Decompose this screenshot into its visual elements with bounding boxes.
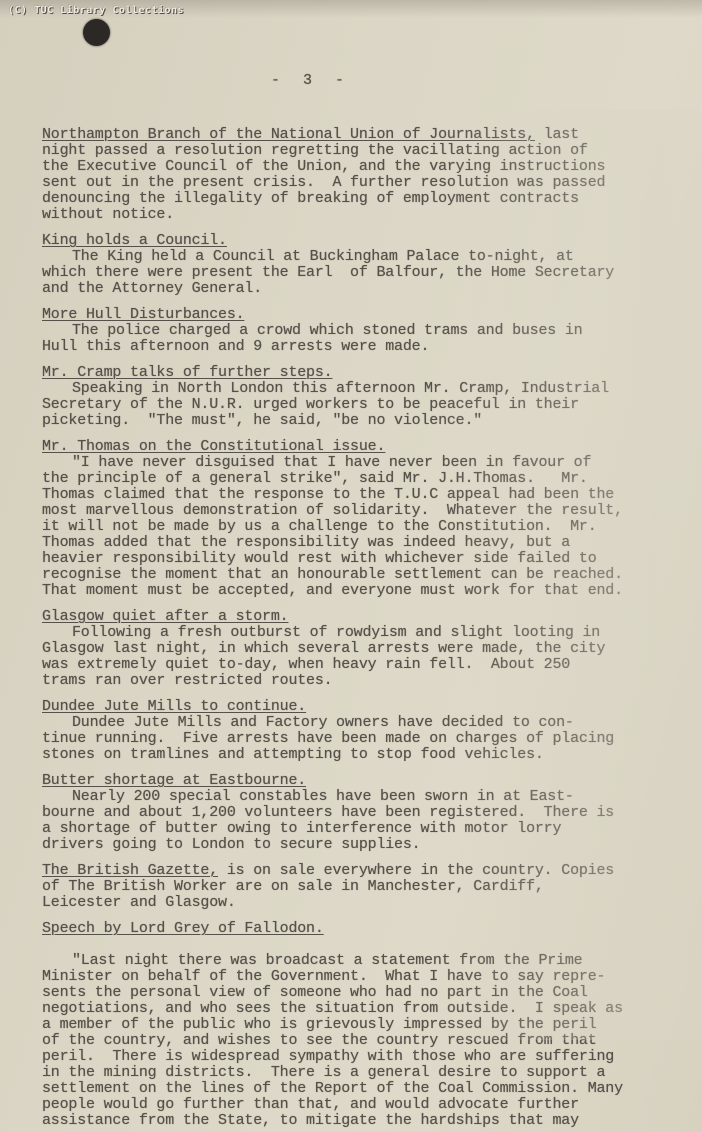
- section-paragraph: Northampton Branch of the National Union…: [42, 127, 670, 223]
- section-body: Following a fresh outburst of rowdyism a…: [42, 625, 670, 689]
- section-heading: Speech by Lord Grey of Fallodon.: [42, 921, 670, 937]
- section-cramp-further-steps: Mr. Cramp talks of further steps. Speaki…: [42, 365, 670, 429]
- section-heading: Glasgow quiet after a storm.: [42, 609, 670, 625]
- section-heading: Mr. Cramp talks of further steps.: [42, 365, 670, 381]
- section-body: Dundee Jute Mills and Factory owners hav…: [42, 715, 670, 763]
- hole-punch: [83, 19, 110, 46]
- document-page: (C) TUC Library Collections - 3 - Northa…: [0, 0, 702, 1132]
- section-body: Nearly 200 special constables have been …: [42, 789, 670, 853]
- section-king-council: King holds a Council. The King held a Co…: [42, 233, 670, 297]
- document-body: Northampton Branch of the National Union…: [42, 127, 670, 1132]
- section-glasgow-quiet: Glasgow quiet after a storm. Following a…: [42, 609, 670, 689]
- section-heading: The British Gazette,: [42, 862, 218, 879]
- section-heading: King holds a Council.: [42, 233, 670, 249]
- section-heading: Mr. Thomas on the Constitutional issue.: [42, 439, 670, 455]
- section-heading: Northampton Branch of the National Union…: [42, 126, 535, 143]
- section-lord-grey-speech: Speech by Lord Grey of Fallodon. "Last n…: [42, 921, 670, 1129]
- section-hull-disturbances: More Hull Disturbances. The police charg…: [42, 307, 670, 355]
- section-body: The police charged a crowd which stoned …: [42, 323, 670, 355]
- section-body: The King held a Council at Buckingham Pa…: [42, 249, 670, 297]
- section-heading: More Hull Disturbances.: [42, 307, 670, 323]
- watermark-label: (C) TUC Library Collections: [8, 5, 184, 16]
- section-thomas-constitutional: Mr. Thomas on the Constitutional issue. …: [42, 439, 670, 599]
- page-number: - 3 -: [271, 72, 345, 89]
- section-heading: Dundee Jute Mills to continue.: [42, 699, 670, 715]
- section-body: "Last night there was broadcast a statem…: [42, 953, 670, 1129]
- section-northampton-nuj: Northampton Branch of the National Union…: [42, 127, 670, 223]
- section-paragraph: The British Gazette, is on sale everywhe…: [42, 863, 670, 911]
- section-butter-shortage: Butter shortage at Eastbourne. Nearly 20…: [42, 773, 670, 853]
- section-body: "I have never disguised that I have neve…: [42, 455, 670, 599]
- section-dundee-jute-mills: Dundee Jute Mills to continue. Dundee Ju…: [42, 699, 670, 763]
- section-heading: Butter shortage at Eastbourne.: [42, 773, 670, 789]
- section-body: Speaking in North London this afternoon …: [42, 381, 670, 429]
- section-british-gazette: The British Gazette, is on sale everywhe…: [42, 863, 670, 911]
